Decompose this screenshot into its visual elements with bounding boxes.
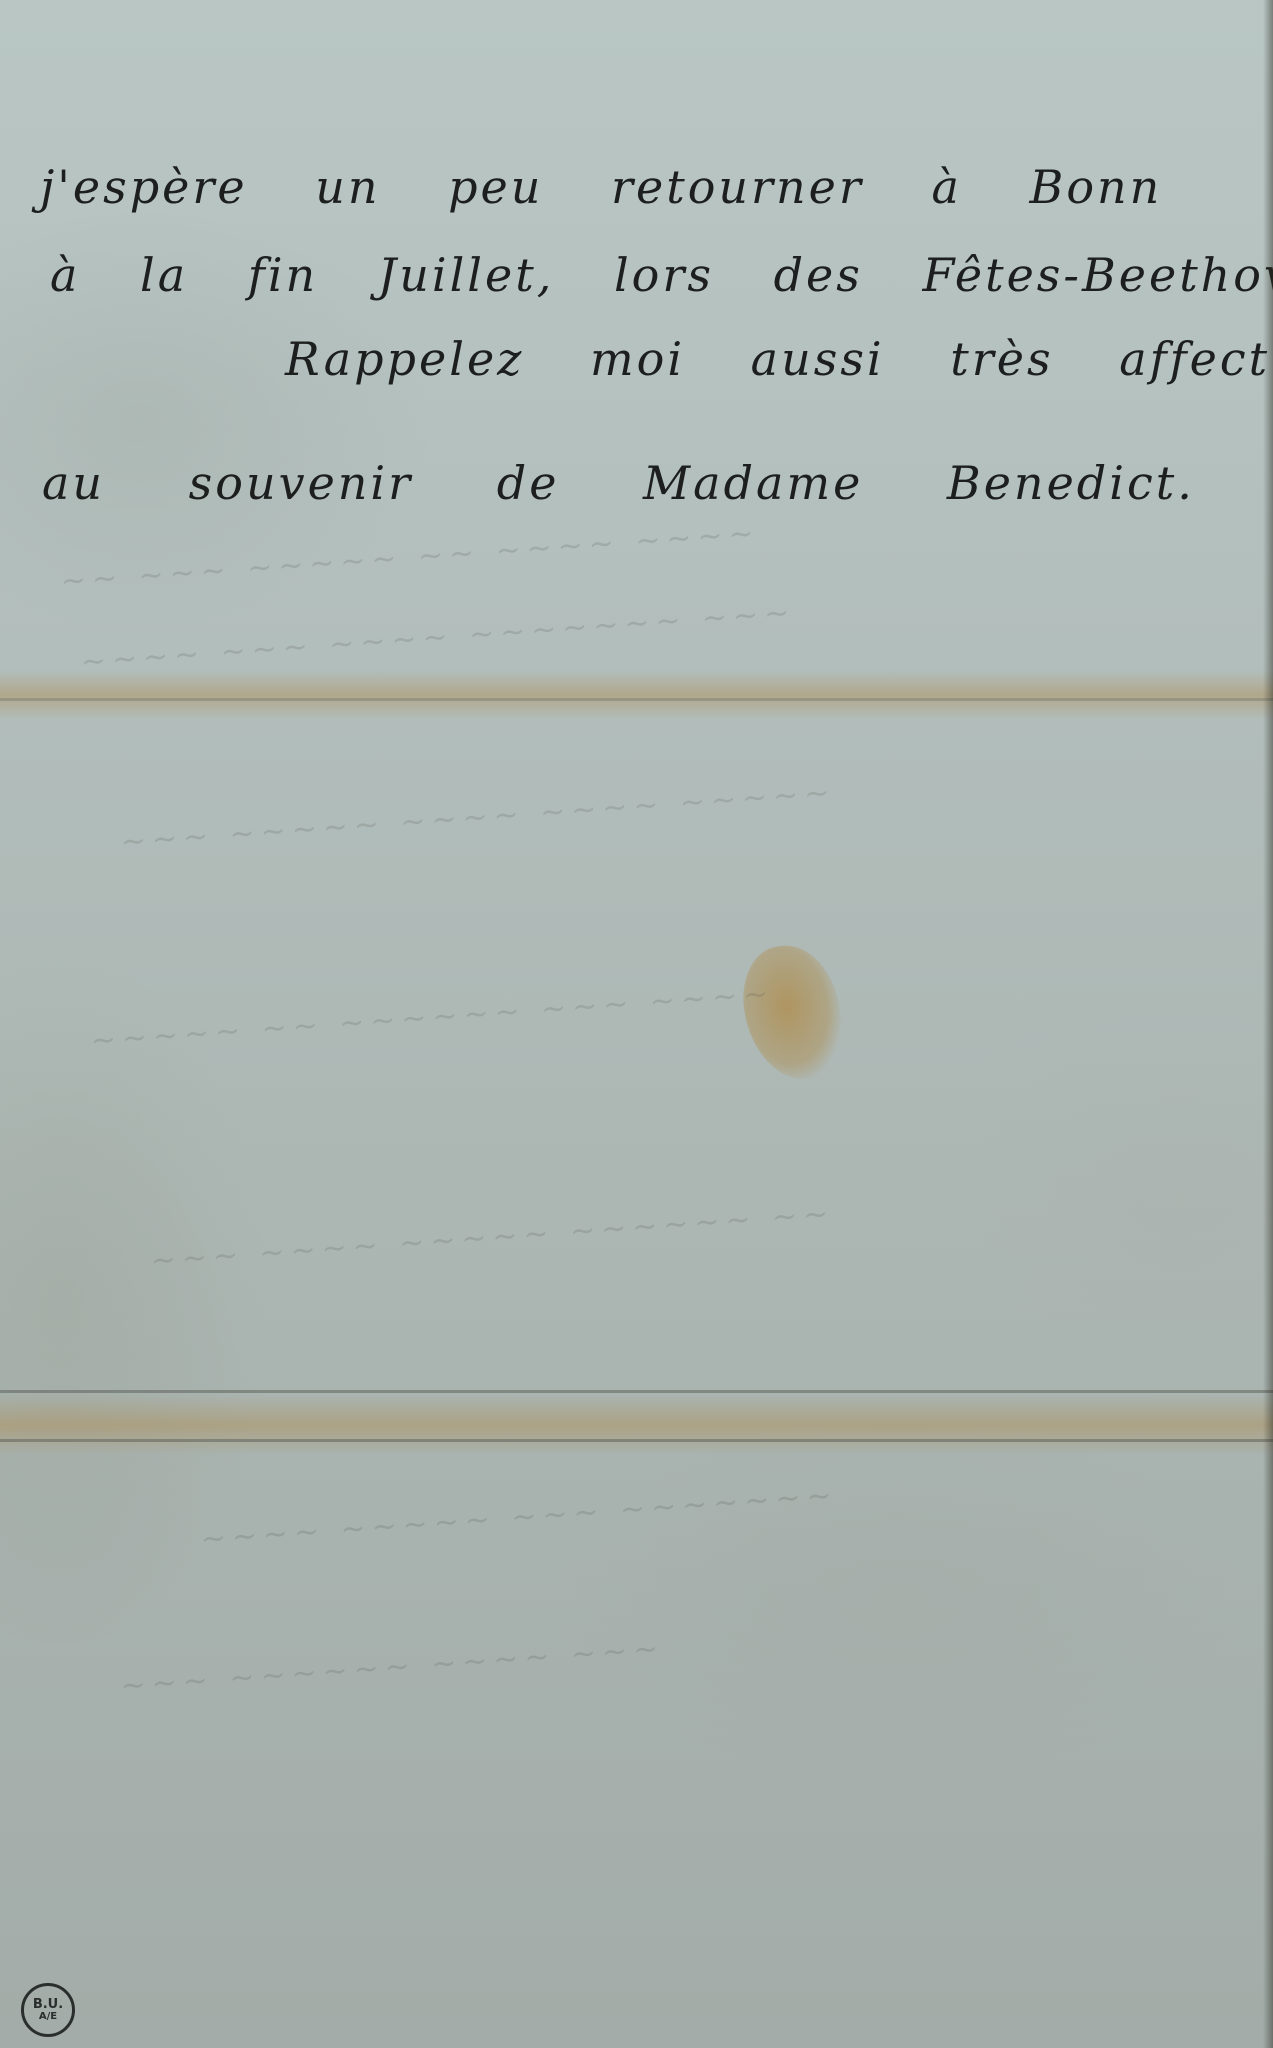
handwritten-line-1: j'espère un peu retourner à Bonn (40, 160, 1162, 214)
stamp-bottom-text: A/E (39, 2012, 57, 2023)
library-stamp: B.U. A/E (21, 1983, 75, 2037)
fold-line-upper (0, 698, 1273, 701)
handwritten-line-4: au souvenir de Madame Benedict. (42, 456, 1195, 510)
bleedthrough-text: ~~ ~~~ ~~~~~ ~~ ~~~~ ~~~~ (60, 516, 761, 600)
bleedthrough-text: ~~~ ~~~~ ~~~~~ ~~~~~~ ~~ (150, 1196, 836, 1279)
stamp-top-text: B.U. (33, 1998, 63, 2012)
fold-line-middle (0, 1390, 1273, 1393)
letter-sheet: ~~ ~~~ ~~~~~ ~~ ~~~~ ~~~~ ~~~~ ~~~ ~~~~ … (0, 0, 1273, 2048)
handwritten-line-3: Rappelez moi aussi très affectueusement (285, 332, 1273, 386)
bleedthrough-text: ~~~~ ~~~~~ ~~~ ~~~~~~~ (200, 1478, 839, 1557)
handwritten-line-2: à la fin Juillet, lors des Fêtes-Beethov… (50, 248, 1273, 302)
bleedthrough-text: ~~~~ ~~~ ~~~~ ~~~~~~~ ~~~ (80, 595, 797, 680)
paper-edge-shadow (1263, 0, 1273, 2048)
fold-line-lower (0, 1439, 1273, 1442)
fold-stain-lower (0, 1395, 1273, 1455)
bleedthrough-text: ~~~~~ ~~ ~~~~~~ ~~~ ~~~~ (90, 976, 776, 1059)
bleedthrough-text: ~~~ ~~~~~~ ~~~~ ~~~ (119, 1631, 665, 1704)
bleedthrough-text: ~~~ ~~~~~ ~~~~ ~~~~ ~~~~~ (120, 775, 837, 860)
fold-stain-upper (0, 670, 1273, 720)
